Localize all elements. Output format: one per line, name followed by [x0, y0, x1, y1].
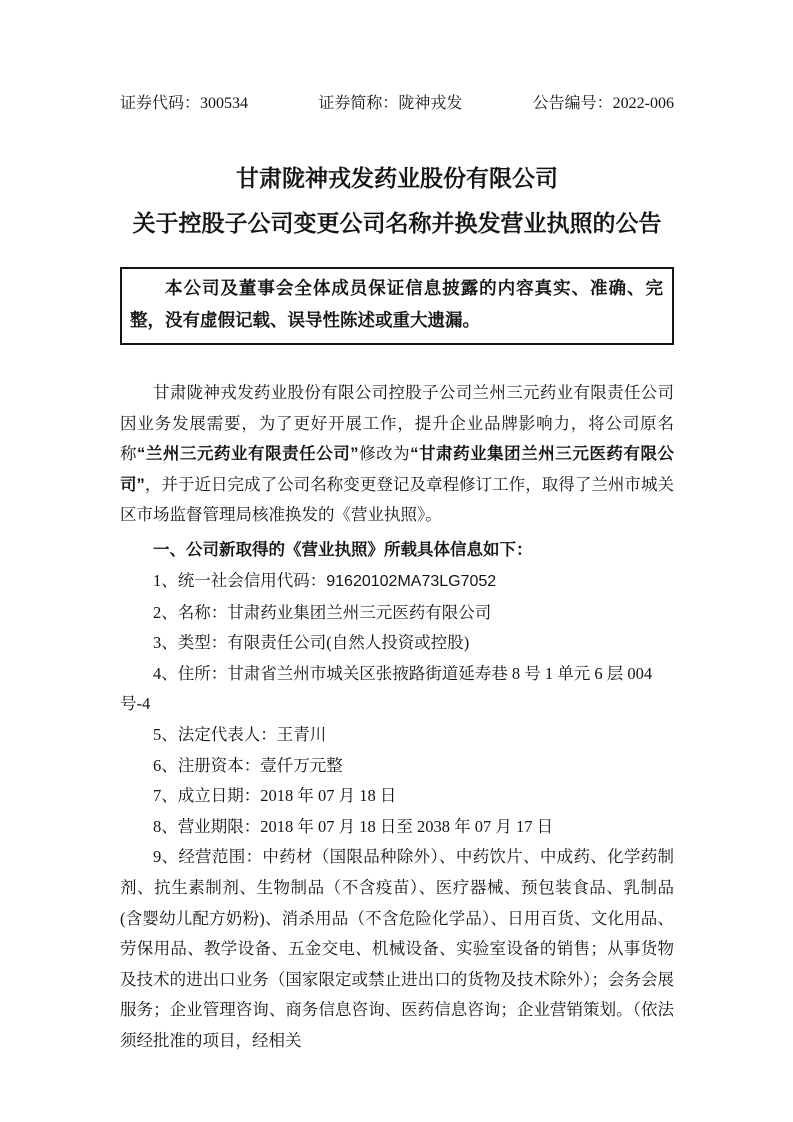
- intro-text-3: ，并于近日完成了公司名称变更登记及章程修订工作，取得了兰州市城关区市场监督管理局…: [120, 475, 674, 525]
- license-item-business-term: 8、营业期限：2018 年 07 月 18 日至 2038 年 07 月 17 …: [120, 812, 674, 843]
- document-header: 证券代码：300534 证券简称：陇神戎发 公告编号：2022-006: [120, 0, 674, 116]
- old-company-name: “兰州三元药业有限责任公司”: [137, 445, 359, 463]
- license-item-establishment-date: 7、成立日期：2018 年 07 月 18 日: [120, 781, 674, 812]
- company-name-title: 甘肃陇神戎发药业股份有限公司: [120, 160, 674, 196]
- license-item-business-scope: 9、经营范围：中药材（国限品种除外）、中药饮片、中成药、化学药制剂、抗生素制剂、…: [120, 842, 674, 1056]
- license-item-type: 3、类型：有限责任公司(自然人投资或控股): [120, 628, 674, 659]
- license-item-label: 1、统一社会信用代码：: [153, 571, 326, 590]
- intro-text-2: 修改为: [359, 444, 411, 463]
- document-content: 证券代码：300534 证券简称：陇神戎发 公告编号：2022-006 甘肃陇神…: [120, 0, 674, 1056]
- announcement-number: 公告编号：2022-006: [533, 92, 674, 116]
- announcement-subject-title: 关于控股子公司变更公司名称并换发营业执照的公告: [120, 205, 674, 241]
- section-heading: 一、公司新取得的《营业执照》所载具体信息如下：: [120, 534, 674, 566]
- intro-paragraph: 甘肃陇神戎发药业股份有限公司控股子公司兰州三元药业有限责任公司因业务发展需要，为…: [120, 378, 674, 531]
- disclaimer-box: 本公司及董事会全体成员保证信息披露的内容真实、准确、完整，没有虚假记载、误导性陈…: [120, 267, 674, 345]
- license-item-credit-code: 1、统一社会信用代码：91620102MA73LG7052: [120, 566, 674, 598]
- announcement-document-page: 证券代码：300534 证券简称：陇神戎发 公告编号：2022-006 甘肃陇神…: [0, 0, 793, 1122]
- stock-code: 证券代码：300534: [120, 92, 248, 116]
- license-item-legal-representative: 5、法定代表人：王青川: [120, 720, 674, 751]
- credit-code-value: 91620102MA73LG7052: [326, 573, 496, 590]
- stock-abbr: 证券简称：陇神戎发: [318, 92, 462, 116]
- license-item-name: 2、名称：甘肃药业集团兰州三元医药有限公司: [120, 598, 674, 629]
- disclaimer-text: 本公司及董事会全体成员保证信息披露的内容真实、准确、完整，没有虚假记载、误导性陈…: [130, 272, 663, 336]
- license-item-registered-capital: 6、注册资本：壹仟万元整: [120, 751, 674, 782]
- license-item-address: 4、住所：甘肃省兰州市城关区张掖路街道延寿巷 8 号 1 单元 6 层 004 …: [120, 659, 674, 720]
